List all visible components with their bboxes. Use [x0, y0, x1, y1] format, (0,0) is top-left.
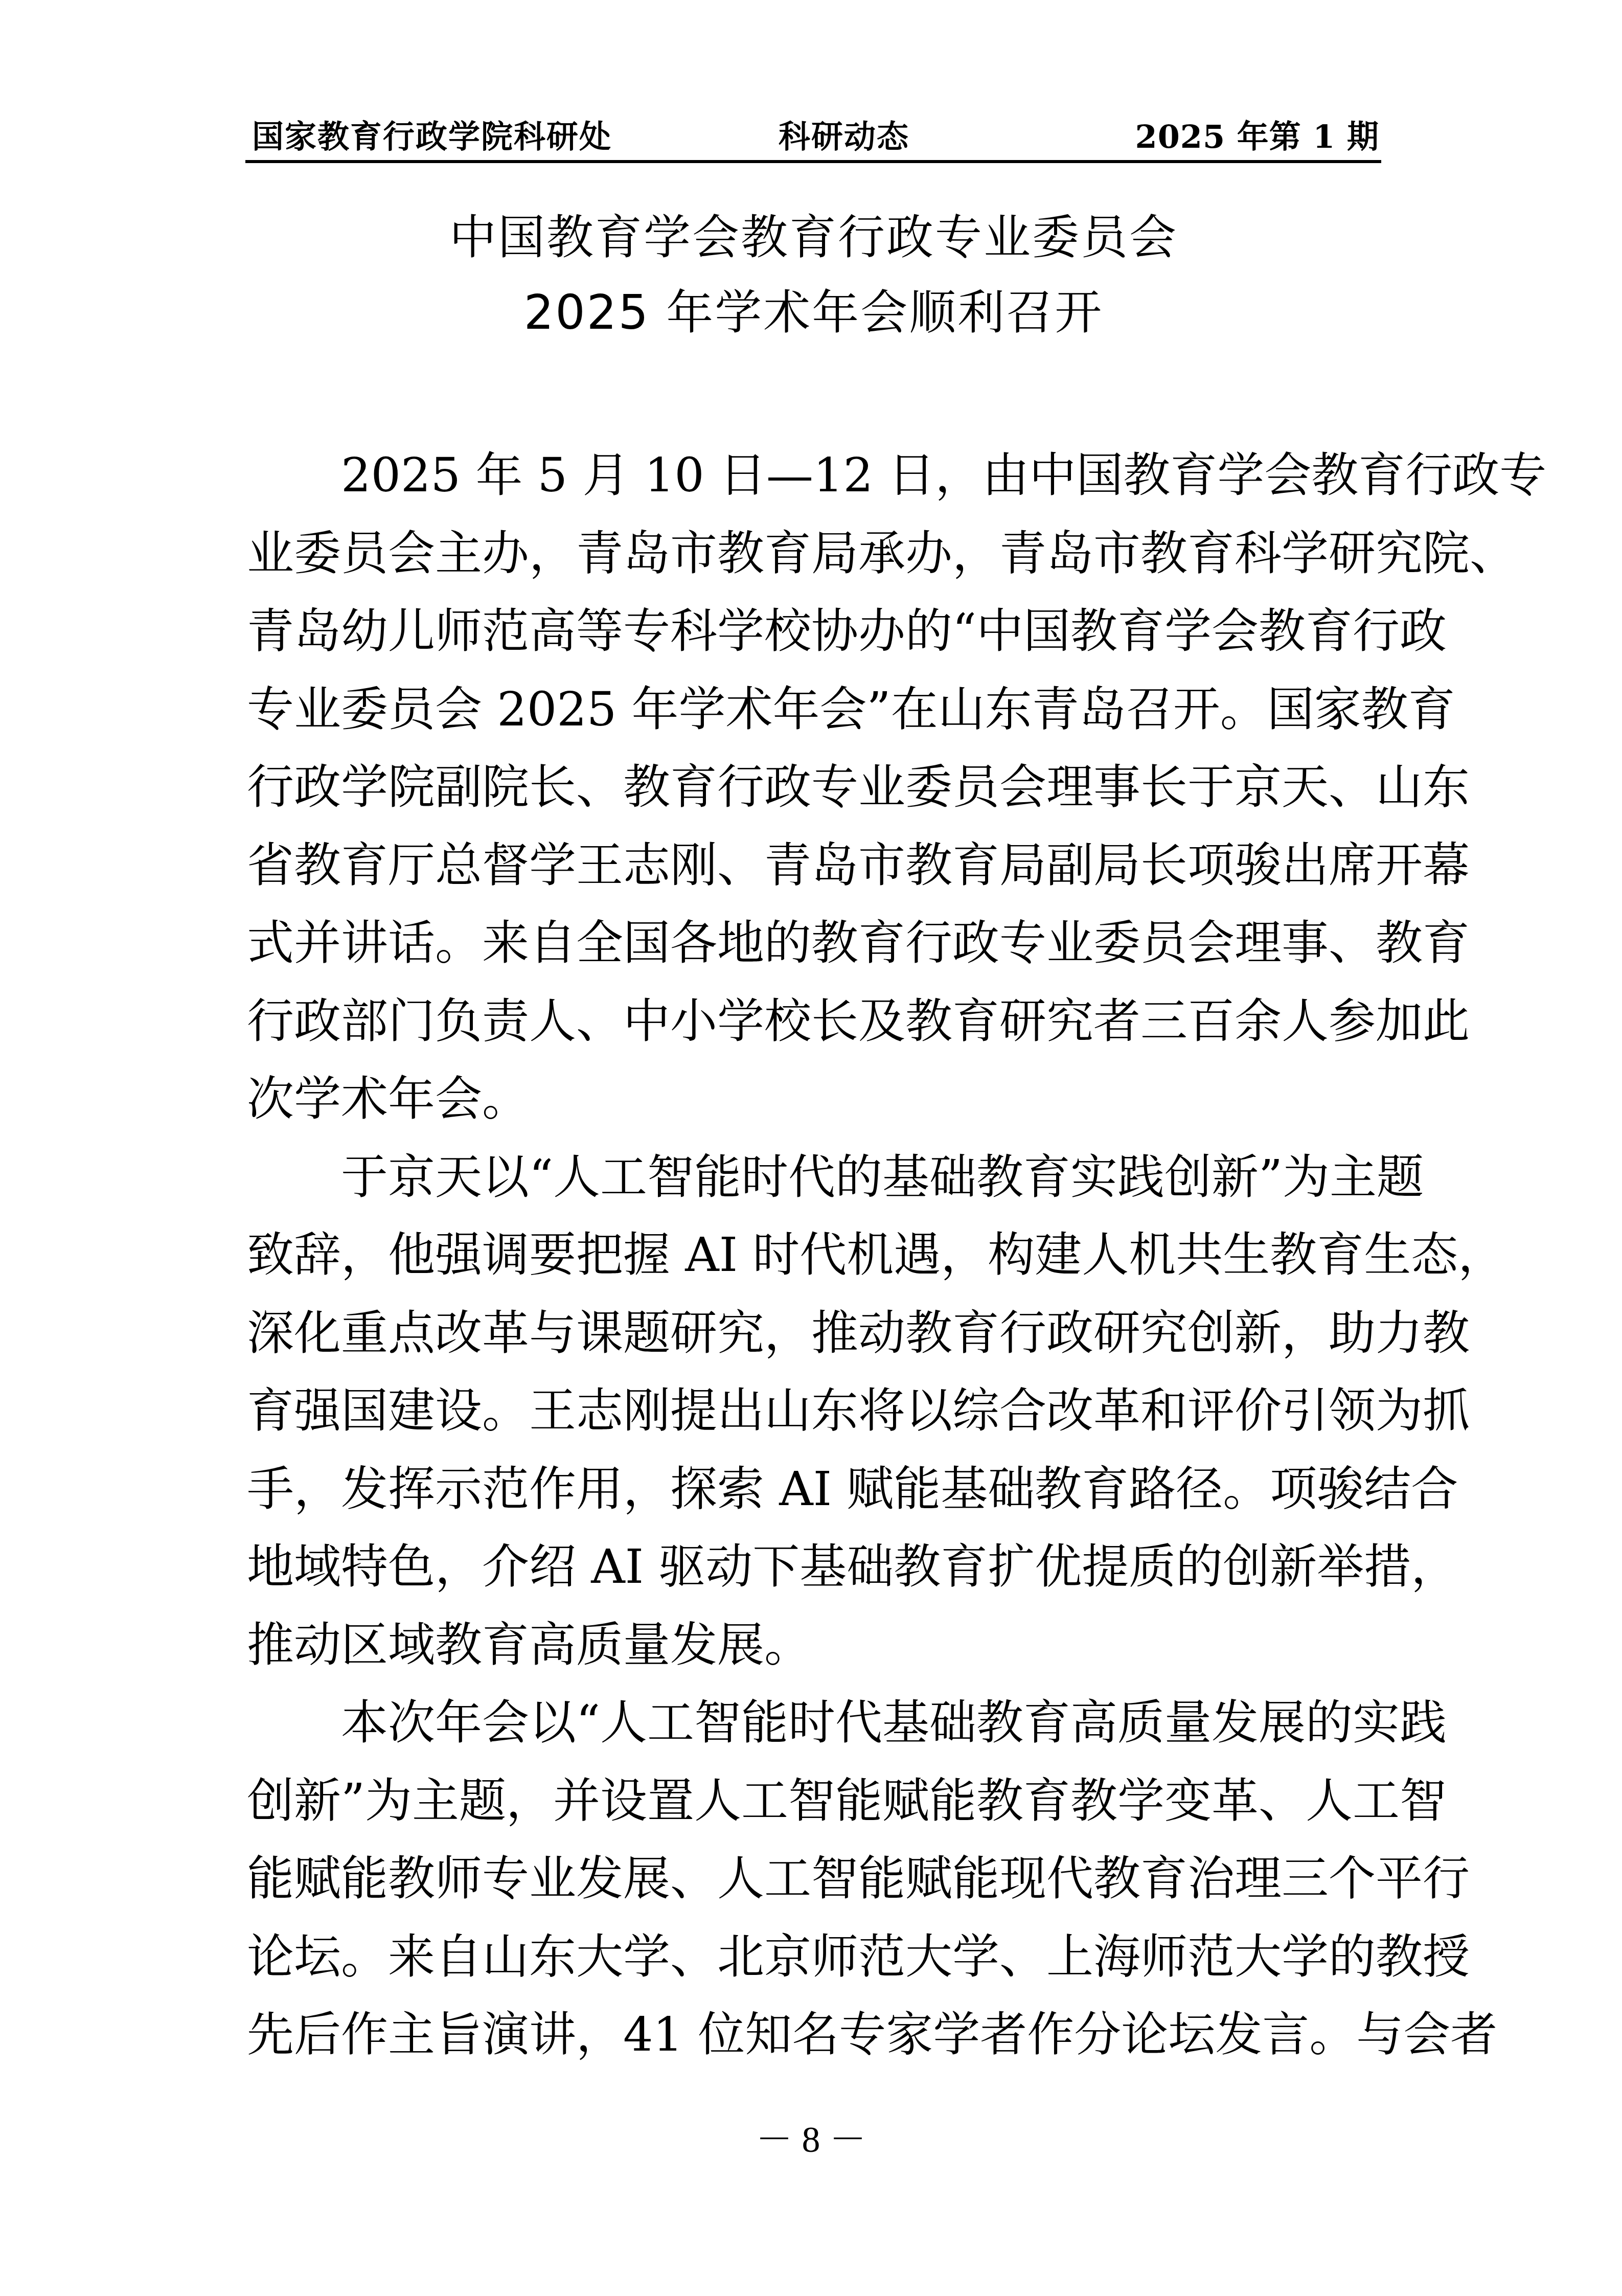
paragraph-line: 行政部门负责人、中小学校长及教育研究者三百余人参加此: [247, 991, 1380, 1069]
paragraph-line: 2025 年 5 月 10 日—12 日，由中国教育学会教育行政专: [247, 445, 1380, 523]
header-divider: [245, 160, 1381, 163]
paragraph-line: 推动区域教育高质量发展。: [247, 1615, 1380, 1693]
article-body: 2025 年 5 月 10 日—12 日，由中国教育学会教育行政专 业委员会主办…: [247, 445, 1380, 2082]
paragraph-line: 致辞，他强调要把握 AI 时代机遇，构建人机共生教育生态，: [247, 1224, 1380, 1303]
paragraph-line: 深化重点改革与课题研究，推动教育行政研究创新，助力教: [247, 1303, 1380, 1381]
paragraph-line: 青岛幼儿师范高等专科学校协办的“中国教育学会教育行政: [247, 601, 1380, 679]
paragraph-line: 行政学院副院长、教育行政专业委员会理事长于京天、山东: [247, 757, 1380, 835]
paragraph-line: 次学术年会。: [247, 1069, 1380, 1147]
page-number: － 8 －: [0, 2119, 1622, 2160]
paragraph-line: 式并讲话。来自全国各地的教育行政专业委员会理事、教育: [247, 913, 1380, 991]
running-header: 国家教育行政学院科研处 科研动态 2025 年第 1 期: [247, 117, 1380, 157]
paragraph-line: 专业委员会 2025 年学术年会”在山东青岛召开。国家教育: [247, 679, 1380, 757]
paragraph-line: 手，发挥示范作用，探索 AI 赋能基础教育路径。项骏结合: [247, 1459, 1380, 1537]
article-title-line-1: 中国教育学会教育行政专业委员会: [247, 207, 1380, 268]
paragraph-line: 创新”为主题，并设置人工智能赋能教育教学变革、人工智: [247, 1770, 1380, 1849]
paragraph-3: 本次年会以“人工智能时代基础教育高质量发展的实践 创新”为主题，并设置人工智能赋…: [247, 1692, 1380, 2082]
paragraph-line: 于京天以“人工智能时代的基础教育实践创新”为主题: [247, 1147, 1380, 1225]
article-title-line-2: 2025 年学术年会顺利召开: [247, 282, 1380, 344]
paragraph-line: 本次年会以“人工智能时代基础教育高质量发展的实践: [247, 1692, 1380, 1770]
paragraph-2: 于京天以“人工智能时代的基础教育实践创新”为主题 致辞，他强调要把握 AI 时代…: [247, 1147, 1380, 1693]
paragraph-line: 论坛。来自山东大学、北京师范大学、上海师范大学的教授: [247, 1926, 1380, 2005]
header-department: 国家教育行政学院科研处: [252, 117, 612, 157]
header-publication-name: 科研动态: [779, 117, 909, 157]
paragraph-line: 地域特色，介绍 AI 驱动下基础教育扩优提质的创新举措，: [247, 1536, 1380, 1615]
paragraph-line: 省教育厅总督学王志刚、青岛市教育局副局长项骏出席开幕: [247, 835, 1380, 913]
paragraph-line: 能赋能教师专业发展、人工智能赋能现代教育治理三个平行: [247, 1848, 1380, 1926]
paragraph-line: 育强国建设。王志刚提出山东将以综合改革和评价引领为抓: [247, 1380, 1380, 1459]
paragraph-line: 业委员会主办，青岛市教育局承办，青岛市教育科学研究院、: [247, 523, 1380, 601]
paragraph-1: 2025 年 5 月 10 日—12 日，由中国教育学会教育行政专 业委员会主办…: [247, 445, 1380, 1147]
paragraph-line: 先后作主旨演讲，41 位知名专家学者作分论坛发言。与会者: [247, 2004, 1380, 2082]
header-issue-number: 2025 年第 1 期: [1135, 117, 1379, 157]
